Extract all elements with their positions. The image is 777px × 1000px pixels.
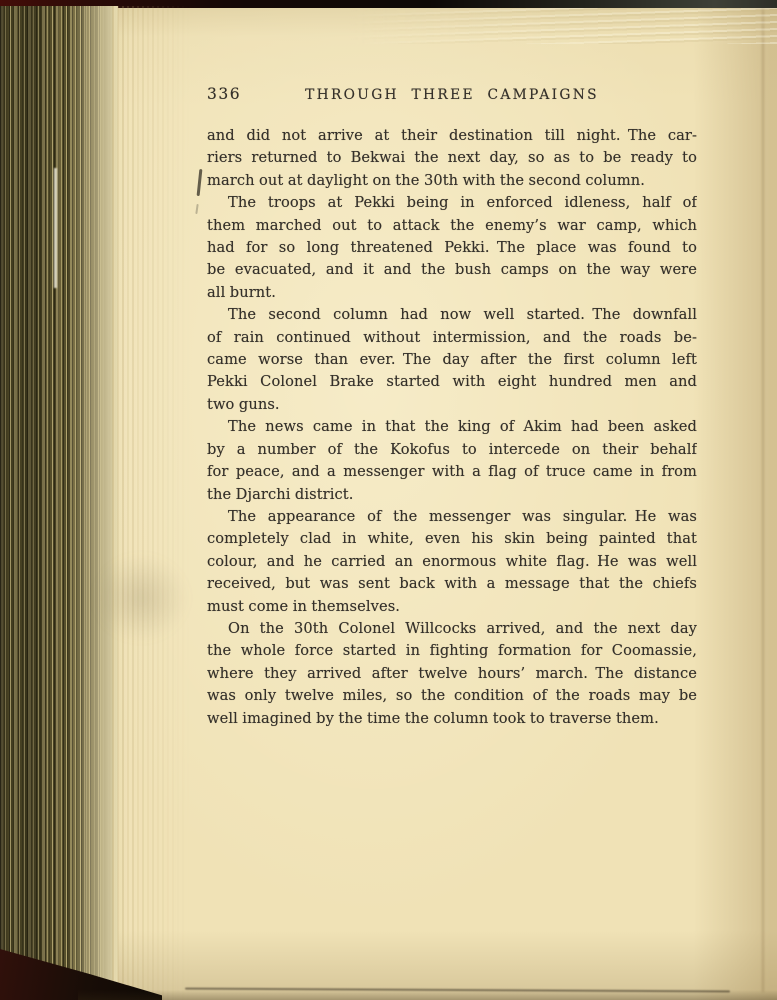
page-edge-fade [112, 6, 198, 1000]
text-line: march out at daylight on the 30th with t… [207, 170, 697, 192]
text-line: of rain continued without intermission, … [207, 327, 697, 349]
top-page-edges [347, 8, 777, 44]
text-line: be evacuated, and it and the bush camps … [207, 259, 697, 281]
text-line: where they arrived after twelve hours’ m… [207, 663, 697, 685]
page-edge-highlight [54, 168, 57, 288]
text-line: the Djarchi district. [207, 484, 697, 506]
paragraph: The troops at Pekki being in enforced id… [207, 192, 697, 304]
text-line: On the 30th Colonel Willcocks arrived, a… [207, 618, 697, 640]
running-header: THROUGH THREE CAMPAIGNS [207, 87, 697, 103]
paragraph: On the 30th Colonel Willcocks arrived, a… [207, 618, 697, 730]
text-line: must come in themselves. [207, 596, 697, 618]
text-line: Pekki Colonel Brake started with eight h… [207, 371, 697, 393]
stacked-page-edges [0, 6, 118, 1000]
text-line: The news came in that the king of Akim h… [207, 416, 697, 438]
text-line: had for so long threatened Pekki. The pl… [207, 237, 697, 259]
text-line: for peace, and a messenger with a flag o… [207, 461, 697, 483]
text-line: colour, and he carried an enormous white… [207, 551, 697, 573]
text-line: The appearance of the messenger was sing… [207, 506, 697, 528]
paper-stain [95, 556, 187, 640]
text-line: two guns. [207, 394, 697, 416]
text-line: them marched out to attack the enemy’s w… [207, 215, 697, 237]
text-line: well imagined by the time the column too… [207, 708, 697, 730]
page-bottom-shade [78, 990, 777, 1000]
paragraph: The appearance of the messenger was sing… [207, 506, 697, 618]
paragraph: and did not arrive at their destination … [207, 125, 697, 192]
paragraph: The second column had now well started. … [207, 304, 697, 416]
text-line: riers returned to Bekwai the next day, s… [207, 147, 697, 169]
text-line: by a number of the Kokofus to intercede … [207, 439, 697, 461]
text-line: received, but was sent back with a messa… [207, 573, 697, 595]
paragraph: The news came in that the king of Akim h… [207, 416, 697, 506]
text-line: The troops at Pekki being in enforced id… [207, 192, 697, 214]
page-text: and did not arrive at their destination … [207, 125, 697, 730]
page-gutter-crease [762, 7, 764, 992]
text-line: all burnt. [207, 282, 697, 304]
text-line: and did not arrive at their destination … [207, 125, 697, 147]
text-line: came worse than ever. The day after the … [207, 349, 697, 371]
book-scan: 336 THROUGH THREE CAMPAIGNS and did not … [0, 0, 777, 1000]
text-line: The second column had now well started. … [207, 304, 697, 326]
text-line: the whole force started in fighting form… [207, 640, 697, 662]
text-line: was only twelve miles, so the condition … [207, 685, 697, 707]
text-line: completely clad in white, even his skin … [207, 528, 697, 550]
